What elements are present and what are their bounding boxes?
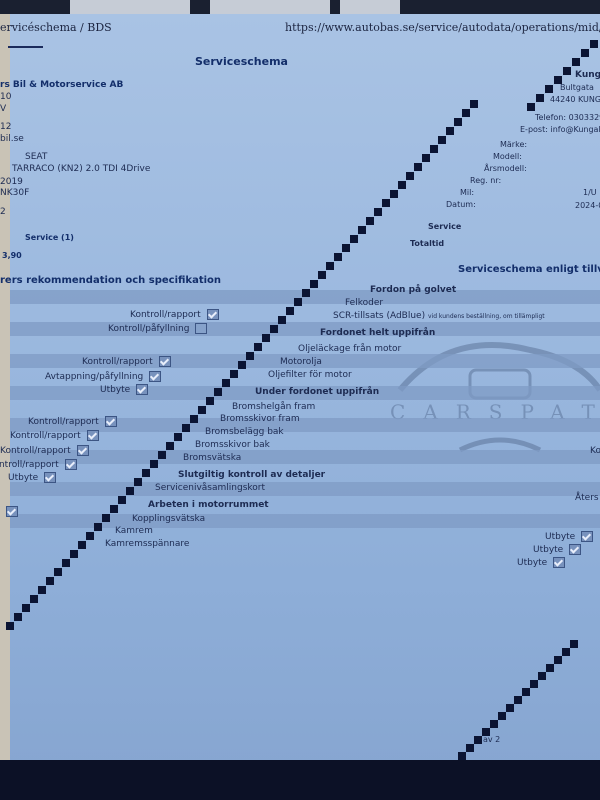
paper-scrap [340,0,400,14]
action-cell [0,506,18,517]
row-subheading: Under fordonet uppifrån [255,387,379,397]
edge-fragment: Åters [575,493,599,503]
checkbox-checked[interactable] [6,506,18,517]
row-item: Bromsvätska [183,453,241,463]
schedule-heading: Serviceschema enligt tillverk [458,264,600,275]
service-label: Service [428,222,461,231]
workshop-postal: 44240 KUNG [550,95,600,104]
document-title: Serviceschema [195,55,288,68]
label-make: Märke: [500,140,527,149]
checkbox-empty[interactable] [195,323,207,334]
workshop-address: Bultgata [560,83,594,92]
background-desk [0,760,600,800]
row-band [10,322,600,336]
row-item: Kamremsspännare [105,539,189,549]
vehicle-make: SEAT [25,152,47,162]
row-item: Felkoder [345,298,383,308]
row-band [10,482,600,496]
action-cell: Utbyte [533,544,581,555]
checkbox-checked[interactable] [159,356,171,367]
workshop-email-fragment: bil.se [0,134,24,144]
row-subheading: Slutgiltig kontroll av detaljer [178,470,325,480]
row-item: Bromsbelägg bak [205,427,284,437]
row-item: Oljeläckage från motor [298,344,401,354]
vehicle-model: TARRACO (KN2) 2.0 TDI 4Drive [12,164,150,174]
date-value: 2024-05 [575,201,600,210]
action-cell: Kontroll/påfyllning [108,323,207,334]
total-time-label: Totaltid [410,239,444,248]
label-model: Modell: [493,152,522,161]
workshop-line: 10 [0,92,11,102]
checkbox-checked[interactable] [149,371,161,382]
label-reg: Reg. nr: [470,176,501,185]
checkbox-checked[interactable] [44,472,56,483]
vehicle-reg: NK30F [0,188,29,198]
row-item: Bromsskivor bak [195,440,270,450]
checkbox-checked[interactable] [553,557,565,568]
service-value: Service (1) [25,233,74,242]
checkbox-checked[interactable] [77,445,89,456]
paper-scrap [70,0,190,14]
checkbox-checked[interactable] [569,544,581,555]
recommendation-heading: rers rekommendation och specifikation [0,275,221,286]
vehicle-extra: 2 [0,207,6,217]
workshop-city: Kunga [575,70,600,80]
action-cell: Kontroll/rapport [0,445,89,456]
action-cell: Kontroll/rapport [0,459,77,470]
mileage-value: 1/U [583,188,597,197]
checkbox-checked[interactable] [207,309,219,320]
action-cell: Kontroll/rapport [10,430,99,441]
total-time-value: 3,90 [2,251,22,260]
label-mileage: Mil: [460,188,474,197]
page-url: https://www.autobas.se/service/autodata/… [285,21,600,34]
row-item: Kamrem [115,526,153,536]
workshop-line: 12 [0,122,11,132]
action-cell: Utbyte [8,472,56,483]
row-item: Servicenivåsamlingskort [155,483,265,493]
row-item: Bromshelgån fram [232,402,315,412]
email-label: E-post: info@Kungalv [520,125,600,134]
row-subheading: Arbeten i motorrummet [148,500,269,510]
breadcrumb: ervicéschema / BDS [0,21,112,34]
action-cell: Utbyte [545,531,593,542]
vehicle-year: 2019 [0,177,23,187]
checkbox-checked[interactable] [136,384,148,395]
row-item: Oljefilter för motor [268,370,352,380]
row-subheading: Fordonet helt uppifrån [320,328,435,338]
row-item: Kopplingsvätska [132,514,205,524]
logo-line [8,46,43,48]
workshop-name: rs Bil & Motorservice AB [0,80,123,90]
action-cell: Utbyte [100,384,148,395]
action-cell: Utbyte [517,557,565,568]
label-date: Datum: [446,200,476,209]
workshop-line: V [0,104,6,114]
row-band [10,450,600,464]
row-item: Bromsskivor fram [220,414,300,424]
paper-scrap [210,0,330,14]
checkbox-checked[interactable] [581,531,593,542]
checkbox-checked[interactable] [105,416,117,427]
action-cell: Kontroll/rapport [130,309,219,320]
action-cell: Kontroll/rapport [28,416,117,427]
edge-fragment: Ko [590,446,600,456]
page-number: av 2 [483,735,500,744]
action-cell: Avtappning/påfyllning [45,371,161,382]
row-item: Motorolja [280,357,322,367]
checkbox-checked[interactable] [65,459,77,470]
row-item: SCR-tillsats (AdBlue) vid kundens bestäl… [333,311,545,321]
label-year: Årsmodell: [484,164,527,173]
subheading-engine-check: Fordon på golvet [370,285,456,295]
phone-label: Telefon: 0303329 [535,113,600,122]
checkbox-checked[interactable] [87,430,99,441]
action-cell: Kontroll/rapport [82,356,171,367]
